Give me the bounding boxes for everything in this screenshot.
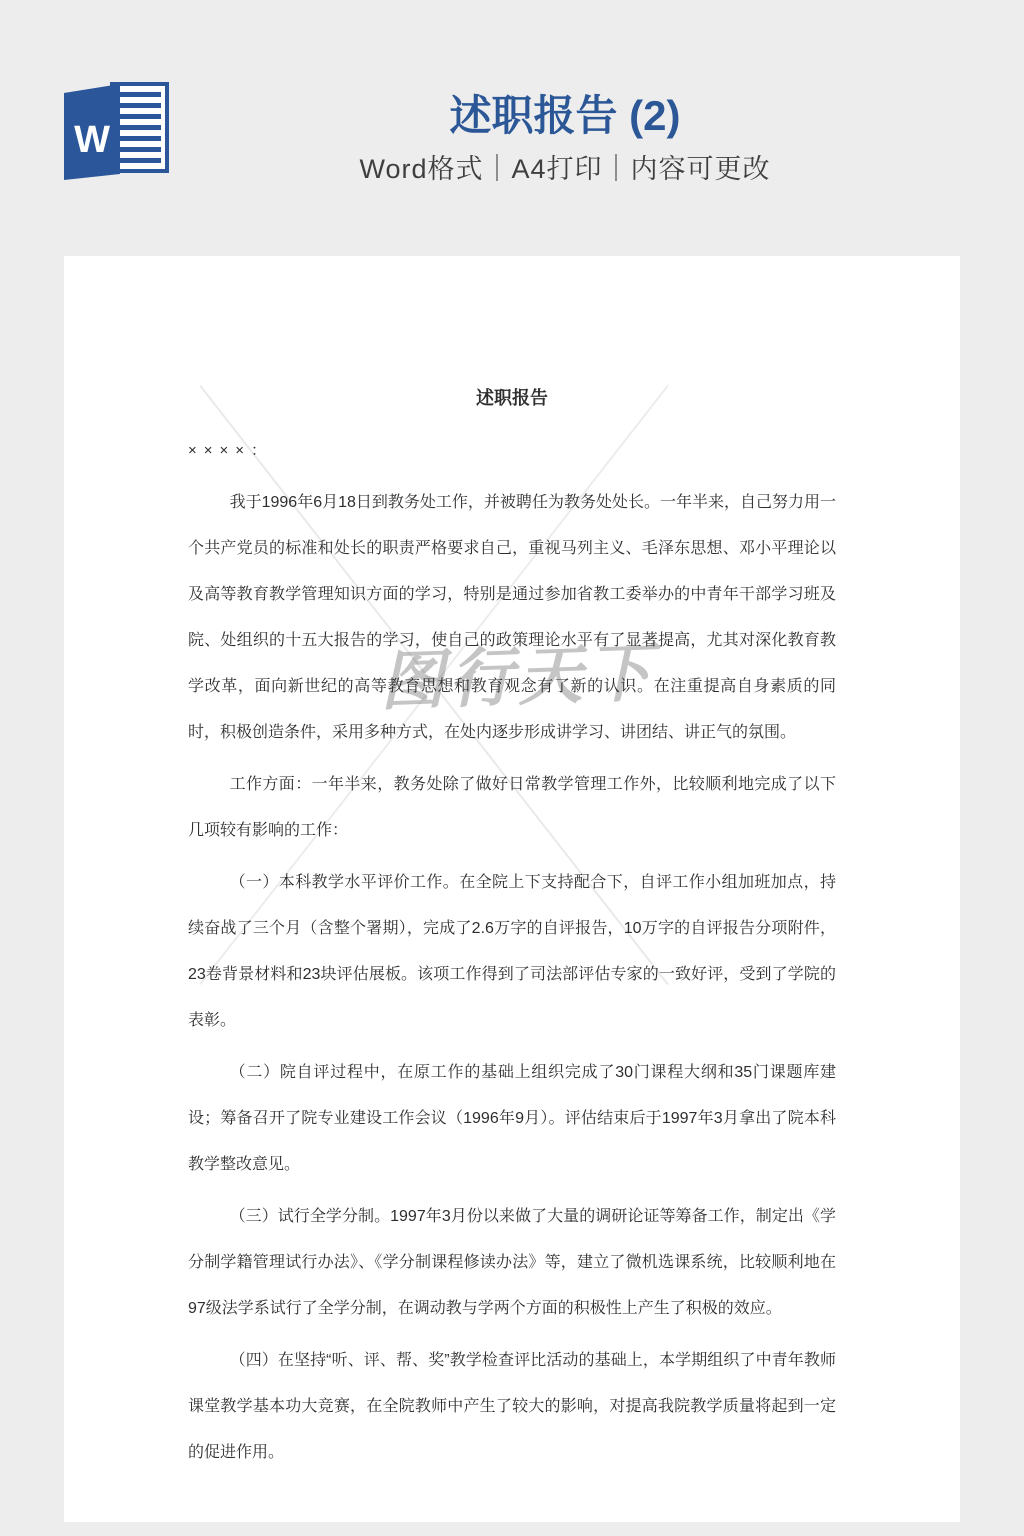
paragraph: （三）试行全学分制。1997年3月份以来做了大量的调研论证等筹备工作，制定出《学… bbox=[188, 1194, 836, 1332]
page-title: 述职报告 (2) bbox=[106, 0, 1024, 140]
document-page: 图行天下 述职报告 ××××： 我于1996年6月18日到教务处工作，并被聘任为… bbox=[64, 256, 960, 1522]
paragraph: 工作方面：一年半来，教务处除了做好日常教学管理工作外，比较顺利地完成了以下几项较… bbox=[188, 762, 836, 854]
paragraph: （四）在坚持“听、评、帮、奖”教学检查评比活动的基础上，本学期组织了中青年教师课… bbox=[188, 1338, 836, 1476]
page-subtitle: Word格式｜A4打印｜内容可更改 bbox=[106, 140, 1024, 186]
paragraph: （二）院自评过程中，在原工作的基础上组织完成了30门课程大纲和35门课题库建设；… bbox=[188, 1050, 836, 1188]
paragraph: 我于1996年6月18日到教务处工作，并被聘任为教务处处长。一年半来，自己努力用… bbox=[188, 480, 836, 756]
document-content: 述职报告 ××××： 我于1996年6月18日到教务处工作，并被聘任为教务处处长… bbox=[64, 256, 960, 1476]
template-header: W 述职报告 (2) Word格式｜A4打印｜内容可更改 bbox=[0, 0, 1024, 256]
word-icon-letter: W bbox=[74, 119, 110, 161]
paragraph-list: 我于1996年6月18日到教务处工作，并被聘任为教务处处长。一年半来，自己努力用… bbox=[188, 480, 836, 1476]
paragraph: （一）本科教学水平评价工作。在全院上下支持配合下，自评工作小组加班加点，持续奋战… bbox=[188, 860, 836, 1044]
salutation-line: ××××： bbox=[188, 428, 836, 474]
header-text-block: 述职报告 (2) Word格式｜A4打印｜内容可更改 bbox=[106, 0, 1024, 186]
document-title: 述职报告 bbox=[188, 382, 836, 414]
